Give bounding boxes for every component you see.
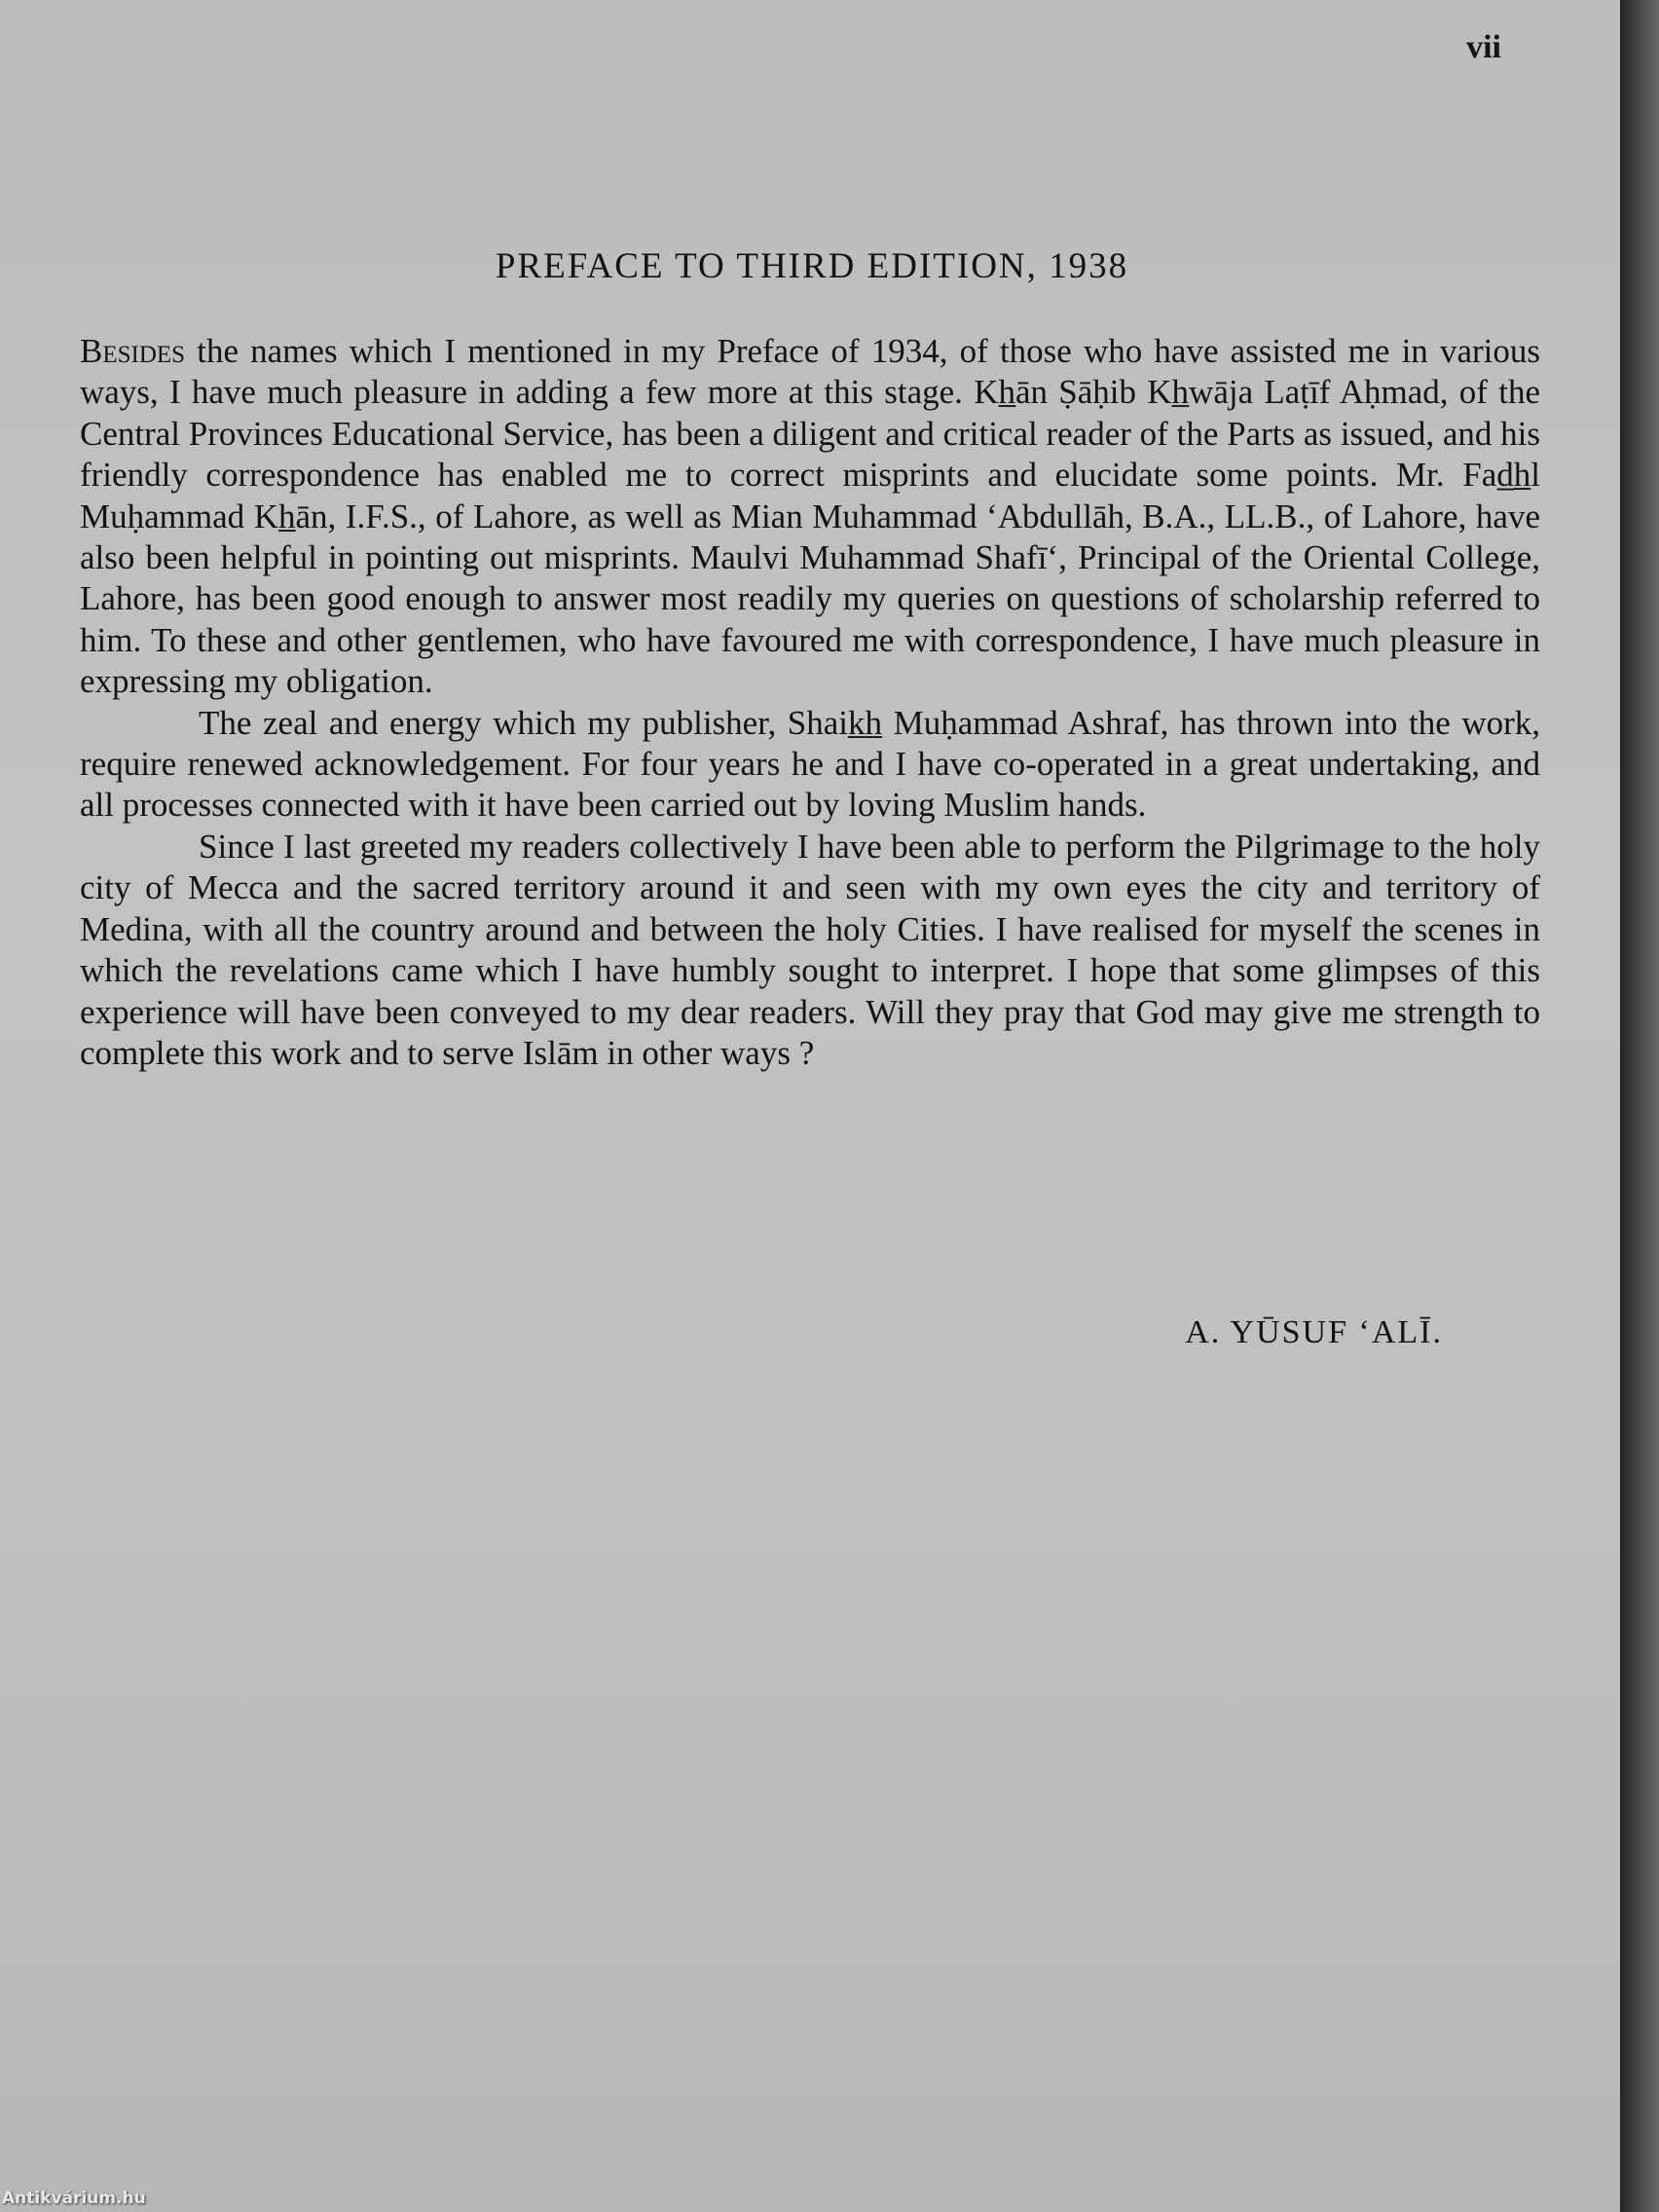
paragraph-3: Since I last greeted my readers collecti… [80,827,1540,1074]
paragraph-2: The zeal and energy which my publisher, … [80,703,1540,827]
page-title: PREFACE TO THIRD EDITION, 1938 [0,245,1624,287]
book-spine-shadow [1620,0,1659,2212]
paragraph-text: the names which I mentioned in my Prefac… [80,332,1540,700]
watermark: Antikvárium.hu [2,2189,146,2208]
book-page: vii PREFACE TO THIRD EDITION, 1938 Besid… [0,0,1624,2212]
page-number: vii [1466,29,1501,66]
author-signature: A. YŪSUF ‘ALĪ. [1185,1314,1443,1351]
preface-body: Besides the names which I mentioned in m… [80,331,1540,1074]
paragraph-1: Besides the names which I mentioned in m… [80,331,1540,703]
paragraph-lead-word: Besides [80,332,185,370]
paragraph-text: The zeal and energy which my publisher, … [80,704,1540,825]
paragraph-text: Since I last greeted my readers collecti… [80,828,1540,1072]
